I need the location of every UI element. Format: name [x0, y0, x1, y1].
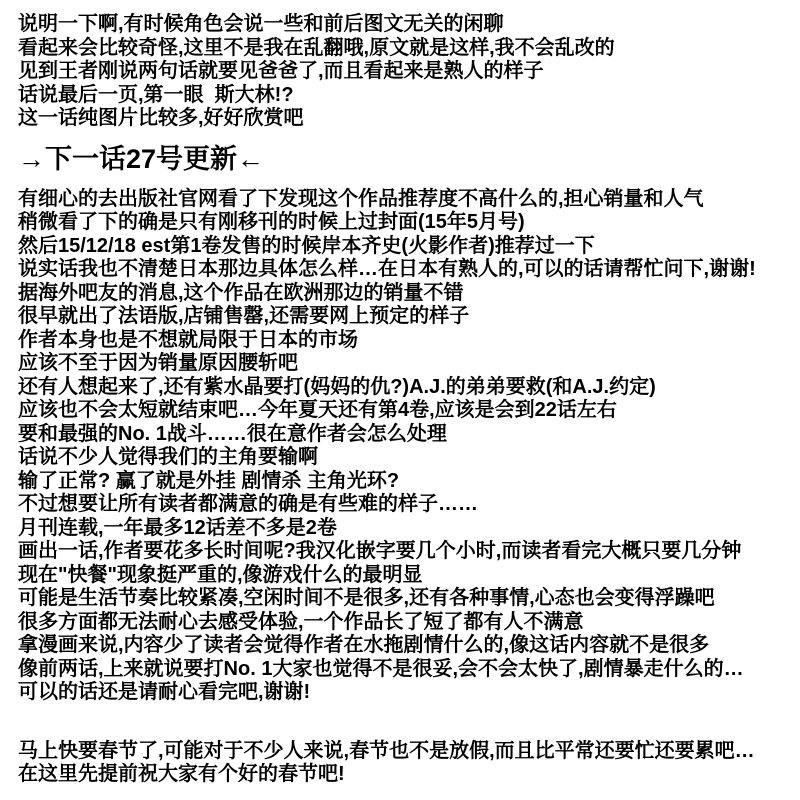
- text-line: 据海外吧友的消息,这个作品在欧洲那边的销量不错: [18, 282, 796, 306]
- text-line: 应该也不会太短就结束吧…今年夏天还有第4卷,应该是会到22话左右: [18, 399, 796, 423]
- text-line: 这一话纯图片比较多,好好欣赏吧: [18, 107, 796, 131]
- intro-paragraph: 说明一下啊,有时候角色会说一些和前后图文无关的闲聊 看起来会比较奇怪,这里不是我…: [18, 13, 796, 131]
- text-line: 话说最后一页,第一眼 斯大林!?: [18, 84, 796, 108]
- text-line: 在这里先提前祝大家有个好的春节吧!: [18, 763, 796, 787]
- main-commentary-paragraph: 有细心的去出版社官网看了下发现这个作品推荐度不高什么的,担心销量和人气 稍微看了…: [18, 188, 796, 705]
- text-line: 稍微看了下的确是只有刚移刊的时候上过封面(15年5月号): [18, 211, 796, 235]
- next-chapter-update-announcement: →下一话27号更新←: [18, 144, 796, 174]
- text-line: 拿漫画来说,内容少了读者会觉得作者在水拖剧情什么的,像这话内容就不是很多: [18, 634, 796, 658]
- text-line: 月刊连载,一年最多12话差不多是2卷: [18, 517, 796, 541]
- text-line: 还有人想起来了,还有紫水晶要打(妈妈的仇?)A.J.的弟弟要救(和A.J.约定): [18, 376, 796, 400]
- text-line: 可以的话还是请耐心看完吧,谢谢!: [18, 681, 796, 705]
- text-line: 不过想要让所有读者都满意的确是有些难的样子……: [18, 493, 796, 517]
- text-line: 画出一话,作者要花多长时间呢?我汉化嵌字要几个小时,而读者看完大概只要几分钟: [18, 540, 796, 564]
- text-line: 有细心的去出版社官网看了下发现这个作品推荐度不高什么的,担心销量和人气: [18, 188, 796, 212]
- closing-paragraph: 马上快要春节了,可能对于不少人来说,春节也不是放假,而且比平常还要忙还要累吧… …: [18, 740, 796, 787]
- text-line: 很多方面都无法耐心去感受体验,一个作品长了短了都有人不满意: [18, 611, 796, 635]
- text-line: 说明一下啊,有时候角色会说一些和前后图文无关的闲聊: [18, 13, 796, 37]
- text-line: 应该不至于因为销量原因腰斩吧: [18, 352, 796, 376]
- text-line: 话说不少人觉得我们的主角要输啊: [18, 446, 796, 470]
- text-line: 现在"快餐"现象挺严重的,像游戏什么的最明显: [18, 564, 796, 588]
- text-line: 马上快要春节了,可能对于不少人来说,春节也不是放假,而且比平常还要忙还要累吧…: [18, 740, 796, 764]
- text-line: 作者本身也是不想就局限于日本的市场: [18, 329, 796, 353]
- text-line: 输了正常? 赢了就是外挂 剧情杀 主角光环?: [18, 470, 796, 494]
- text-line: 要和最强的No. 1战斗……很在意作者会怎么处理: [18, 423, 796, 447]
- text-line: 看起来会比较奇怪,这里不是我在乱翻哦,原文就是这样,我不会乱改的: [18, 37, 796, 61]
- text-line: 见到王者刚说两句话就要见爸爸了,而且看起来是熟人的样子: [18, 60, 796, 84]
- text-line: 像前两话,上来就说要打No. 1大家也觉得不是很妥,会不会太快了,剧情暴走什么的…: [18, 658, 796, 682]
- text-line: 然后15/12/18 est第1卷发售的时候岸本齐史(火影作者)推荐过一下: [18, 235, 796, 259]
- text-line: 可能是生活节奏比较紧凑,空闲时间不是很多,还有各种事情,心态也会变得浮躁吧: [18, 587, 796, 611]
- text-line: 很早就出了法语版,店铺售罄,还需要网上预定的样子: [18, 305, 796, 329]
- text-line: 说实话我也不清楚日本那边具体怎么样…在日本有熟人的,可以的话请帮忙问下,谢谢!: [18, 258, 796, 282]
- translator-notes-page: 说明一下啊,有时候角色会说一些和前后图文无关的闲聊 看起来会比较奇怪,这里不是我…: [0, 0, 800, 800]
